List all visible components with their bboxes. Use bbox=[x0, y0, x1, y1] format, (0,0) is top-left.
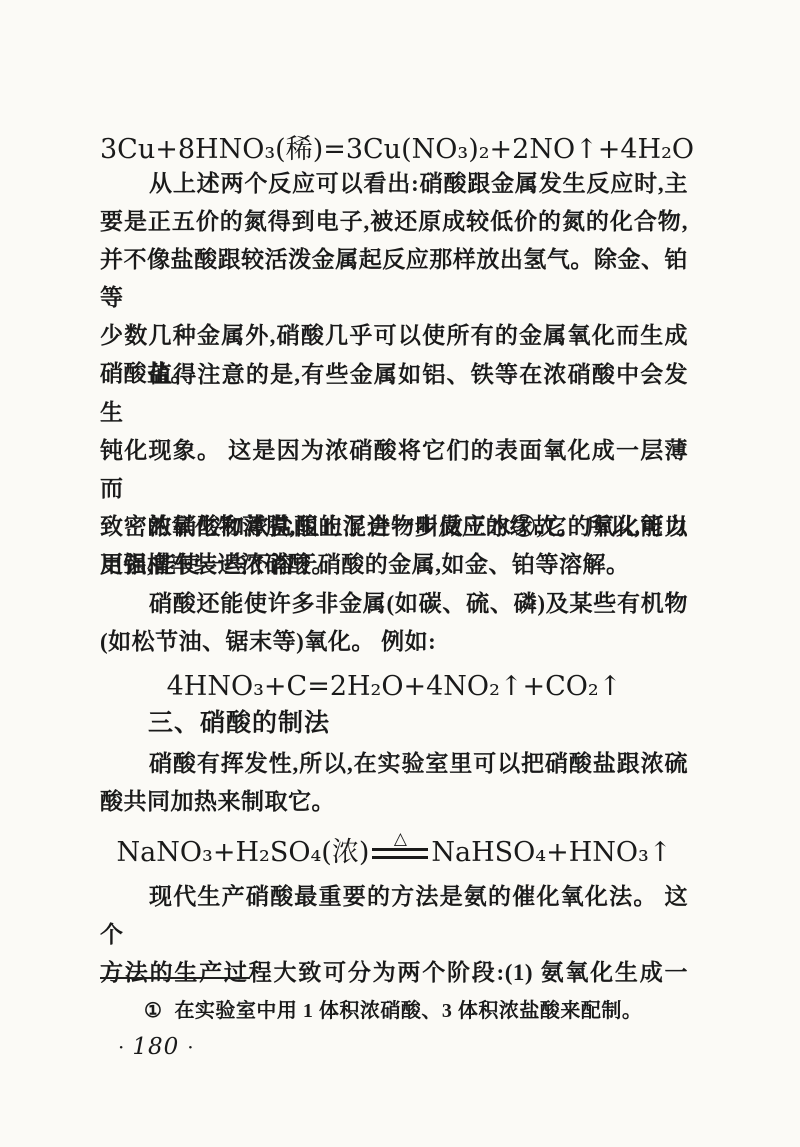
equation-right-side: NaHSO₄+HNO₃↑ bbox=[431, 833, 671, 873]
text-line: 值得注意的是,有些金属如铝、铁等在浓硝酸中会发生 bbox=[100, 356, 688, 432]
section-heading: 三、硝酸的制法 bbox=[100, 706, 688, 740]
text-line: 并不像盐酸跟较活泼金属起反应那样放出氢气。除金、铂等 bbox=[100, 241, 688, 317]
footnote: ①在实验室中用 1 体积浓硝酸、3 体积浓盐酸来配制。 bbox=[100, 996, 744, 1026]
heated-equals-sign: △ bbox=[372, 848, 428, 859]
equation-carbon-nitric: 4HNO₃+C=2H₂O+4NO₂↑+CO₂↑ bbox=[100, 667, 688, 707]
page-number-right-dot: · bbox=[187, 1035, 193, 1059]
text-line: 从上述两个反应可以看出:硝酸跟金属发生反应时,主 bbox=[100, 165, 688, 203]
text-line: 酸共同加热来制取它。 bbox=[100, 783, 688, 821]
textbook-page: 3Cu+8HNO₃(稀)=3Cu(NO₃)₂+2NO↑+4H₂O 从上述两个反应… bbox=[0, 0, 800, 1147]
text-line: 浓硝酸和浓盐酸的混合物叫做王水①,它的氧化能力 bbox=[100, 508, 688, 546]
paragraph-lab-preparation: 硝酸有挥发性,所以,在实验室里可以把硝酸盐跟浓硫 酸共同加热来制取它。 bbox=[100, 745, 688, 821]
paragraph-industrial-method: 现代生产硝酸最重要的方法是氨的催化氧化法。 这个 方法的生产过程大致可分为两个阶… bbox=[100, 878, 688, 992]
text-line: 更强,能使一些不溶于硝酸的金属,如金、铂等溶解。 bbox=[100, 546, 688, 584]
equation-lab-preparation: NaNO₃+H₂SO₄(浓) △ NaHSO₄+HNO₃↑ bbox=[100, 833, 688, 873]
text-line: 方法的生产过程大致可分为两个阶段:(1) 氨氧化生成一 bbox=[100, 954, 688, 992]
text-line: 硝酸有挥发性,所以,在实验室里可以把硝酸盐跟浓硫 bbox=[100, 745, 688, 783]
footnote-divider bbox=[100, 977, 250, 979]
equation-left-side: NaNO₃+H₂SO₄(浓) bbox=[117, 833, 370, 873]
text-line: 钝化现象。 这是因为浓硝酸将它们的表面氧化成一层薄而 bbox=[100, 432, 688, 508]
page-number-value: 180 bbox=[132, 1034, 179, 1060]
footnote-marker: ① bbox=[144, 1000, 162, 1022]
text-line: (如松节油、锯末等)氧化。 例如: bbox=[100, 623, 688, 661]
paragraph-nonmetal-oxidation: 硝酸还能使许多非金属(如碳、硫、磷)及某些有机物 (如松节油、锯末等)氧化。 例… bbox=[100, 585, 688, 661]
delta-heat-icon: △ bbox=[394, 831, 407, 848]
text-line: 现代生产硝酸最重要的方法是氨的催化氧化法。 这个 bbox=[100, 878, 688, 954]
text-line: 硝酸还能使许多非金属(如碳、硫、磷)及某些有机物 bbox=[100, 585, 688, 623]
footnote-text: 在实验室中用 1 体积浓硝酸、3 体积浓盐酸来配制。 bbox=[174, 1000, 642, 1022]
paragraph-aqua-regia: 浓硝酸和浓盐酸的混合物叫做王水①,它的氧化能力 更强,能使一些不溶于硝酸的金属,… bbox=[100, 508, 688, 584]
double-bar bbox=[372, 848, 428, 859]
page-number-left-dot: · bbox=[118, 1035, 124, 1059]
equation-copper-dilute-nitric: 3Cu+8HNO₃(稀)=3Cu(NO₃)₂+2NO↑+4H₂O bbox=[100, 130, 688, 170]
page-number: ·180· bbox=[118, 1034, 194, 1060]
text-line: 少数几种金属外,硝酸几乎可以使所有的金属氧化而生成 bbox=[100, 317, 688, 355]
text-line: 要是正五价的氮得到电子,被还原成较低价的氮的化合物, bbox=[100, 203, 688, 241]
